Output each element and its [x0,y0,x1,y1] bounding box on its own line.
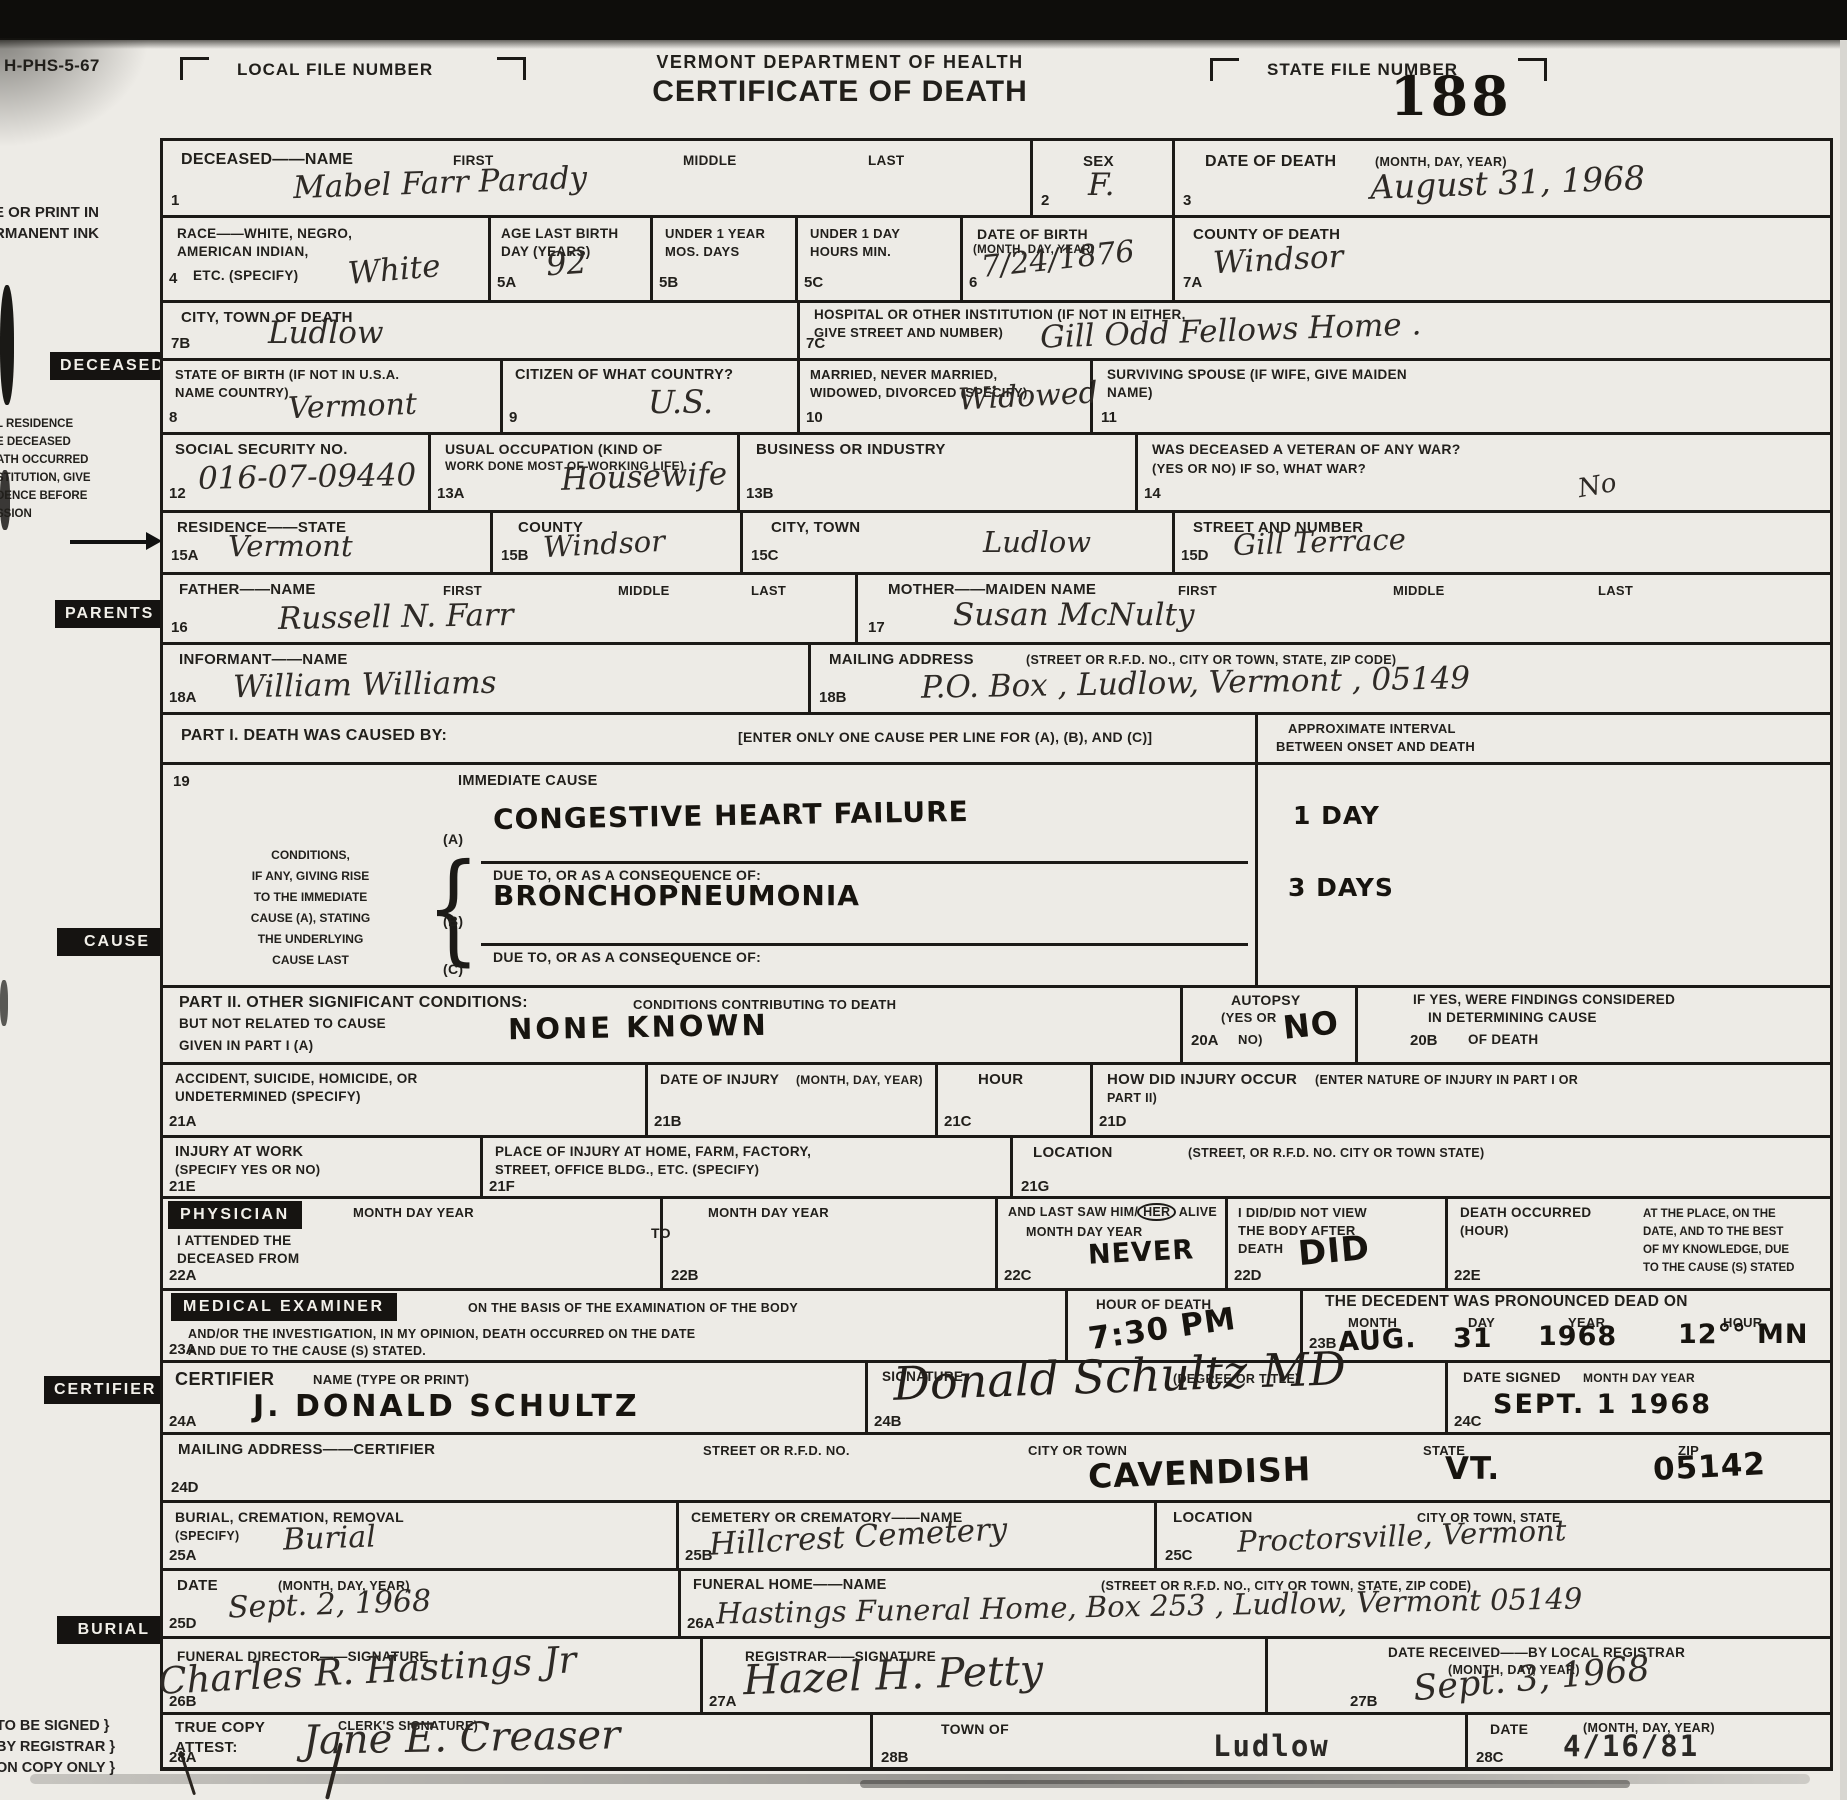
field-label: IMMEDIATE CAUSE [458,773,598,789]
field-number: 1 [171,192,179,209]
field-number: 7A [1183,274,1202,291]
field-accident-suicide: ACCIDENT, SUICIDE, HOMICIDE, OR UNDETERM… [160,1062,645,1135]
field-label: MAILING ADDRESS——CERTIFIER [178,1441,435,1458]
field-value: Burial [282,1519,376,1557]
field-label: AND LAST SAW HIM/HER ALIVE [1008,1205,1217,1219]
arrow-icon [70,540,148,544]
field-physician-attended-to: MONTH DAY YEAR TO 22B [660,1196,995,1288]
field-label: MARRIED, NEVER MARRIED, [810,367,997,382]
field-label: INJURY AT WORK [175,1144,303,1160]
field-residence-state: RESIDENCE——STATE 15A Vermont [160,510,490,572]
field-number: 22E [1454,1267,1481,1284]
pronounced-day: 31 [1453,1323,1493,1354]
corner-bracket-icon [1518,58,1547,81]
field-number: 15C [751,547,779,564]
field-autopsy: AUTOPSY (YES OR 20A NO) NO [1180,985,1355,1062]
field-label: BUSINESS OR INDUSTRY [756,441,946,458]
certifier-zip-value: 05142 [1652,1446,1767,1488]
corner-bracket-icon [497,57,526,80]
field-number: 5C [804,274,823,291]
field-value: DID [1296,1228,1371,1274]
field-state-of-birth: STATE OF BIRTH (IF NOT IN U.S.A. NAME CO… [160,358,500,432]
attestation-note: AT THE PLACE, ON THE DATE, AND TO THE BE… [1643,1205,1833,1277]
signature-value: Charles R. Hastings Jr [157,1638,577,1703]
field-label: CITIZEN OF WHAT COUNTRY? [515,367,733,383]
field-number: 19 [173,773,190,790]
conditions-note: CONDITIONS, IF ANY, GIVING RISE TO THE I… [193,845,428,971]
scan-corner-shadow [0,38,150,148]
field-number: 3 [1183,192,1191,209]
field-label: DATE [1490,1721,1528,1737]
field-label: USUAL OCCUPATION (KIND OF [445,441,663,457]
field-label: STATE OF BIRTH (IF NOT IN U.S.A. [175,367,399,382]
field-death-occurred-hour: DEATH OCCURRED (HOUR) 22E AT THE PLACE, … [1445,1196,1830,1288]
pronounced-year: 1968 [1538,1321,1617,1352]
field-value: August 31, 1968 [1369,158,1645,207]
field-number: 21B [654,1113,682,1130]
print-in-ink-note: E OR PRINT IN RMANENT INK [0,202,99,244]
field-registrar-signature: REGISTRAR——SIGNATURE 27A Hazel H. Petty [700,1636,1265,1712]
cause-a-value: CONGESTIVE HEART FAILURE [493,795,969,836]
field-sublabel: (MONTH, DAY, YEAR) [796,1073,923,1087]
column-label: MIDDLE [683,153,737,168]
interval-header: APPROXIMATE INTERVAL BETWEEN ONSET AND D… [1255,712,1830,762]
field-injury-hour: HOUR 21C [935,1062,1090,1135]
field-number: 23A [169,1341,197,1358]
field-number: 17 [868,619,885,636]
field-true-copy-date: DATE (MONTH, DAY, YEAR) 28C 4/16/81 [1465,1712,1830,1771]
field-date-received: DATE RECEIVED——BY LOCAL REGISTRAR (MONTH… [1265,1636,1830,1712]
column-label: MONTH DAY YEAR [708,1205,829,1220]
cause-b-value: BRONCHOPNEUMONIA [493,879,860,912]
field-label: ETC. (SPECIFY) [193,268,298,283]
field-pronounced-dead: THE DECEDENT WAS PRONOUNCED DEAD ON MONT… [1300,1288,1830,1360]
field-number: 25B [685,1547,713,1564]
field-label: WAS DECEASED A VETERAN OF ANY WAR? [1152,441,1461,457]
field-number: 28B [881,1749,909,1766]
field-sublabel: (ENTER NATURE OF INJURY IN PART I OR [1315,1073,1578,1087]
cause-part1-header: PART I. DEATH WAS CAUSED BY: [ENTER ONLY… [160,712,1255,762]
field-label: UNDER 1 DAY [810,226,900,241]
field-veteran: WAS DECEASED A VETERAN OF ANY WAR? (YES … [1135,432,1830,510]
field-sublabel: (STREET, OR R.F.D. NO. CITY OR TOWN STAT… [1188,1146,1484,1160]
field-value: Ludlow [983,525,1091,559]
field-number: 21A [169,1113,197,1130]
field-label: (HOUR) [1460,1223,1509,1238]
entry-line [481,861,1248,864]
field-hospital: HOSPITAL OR OTHER INSTITUTION (IF NOT IN… [797,300,1830,358]
field-label: HOW DID INJURY OCCUR [1107,1071,1297,1088]
field-value: P.O. Box , Ludlow, Vermont , 05149 [921,660,1471,706]
field-date-of-injury: DATE OF INJURY (MONTH, DAY, YEAR) 21B [645,1062,935,1135]
field-label: DATE OF DEATH [1205,153,1336,171]
field-injury-at-work: INJURY AT WORK (SPECIFY YES OR NO) 21E [160,1135,480,1196]
field-label: NAME COUNTRY) [175,385,289,400]
certifier-state-value: VT. [1445,1451,1500,1487]
field-residence-city: CITY, TOWN 15C Ludlow [740,510,1172,572]
margin-tab-parents: PARENTS [55,600,160,628]
field-value: NO [1281,1003,1341,1047]
column-label: MONTH DAY YEAR [1583,1371,1695,1385]
interval-a-value: 1 DAY [1293,801,1380,830]
field-number: 13A [437,485,465,502]
field-label: (YES OR [1221,1010,1277,1025]
field-value: 92 [545,243,588,284]
field-label: DUE TO, OR AS A CONSEQUENCE OF: [493,949,761,965]
field-number: 5B [659,274,678,291]
field-label: AND DUE TO THE CAUSE (S) STATED. [188,1344,426,1358]
field-label: I ATTENDED THE [177,1233,291,1248]
field-label: SURVIVING SPOUSE (IF WIFE, GIVE MAIDEN [1107,367,1407,382]
field-number: 21G [1021,1178,1049,1195]
field-date-of-birth: DATE OF BIRTH (MONTH, DAY, YEAR) 6 7/24/… [960,215,1172,300]
interval-b-value: 3 DAYS [1288,873,1394,902]
field-number: 2 [1041,192,1049,209]
scanned-death-certificate: H-PHS-5-67 LOCAL FILE NUMBER VERMONT DEP… [0,0,1847,1800]
field-value: White [347,248,442,292]
field-occupation: USUAL OCCUPATION (KIND OF WORK DONE MOST… [428,432,737,510]
field-physician-attended-from: PHYSICIAN MONTH DAY YEAR I ATTENDED THE … [160,1196,660,1288]
field-number: 25D [169,1615,197,1632]
margin-tab-deceased: DECEASED [50,352,160,380]
field-label: TOWN OF [941,1721,1009,1737]
field-label: GIVEN IN PART I (A) [179,1038,313,1053]
field-marital-status: MARRIED, NEVER MARRIED, WIDOWED, DIVORCE… [797,358,1090,432]
scan-bottom-streak [860,1780,1630,1788]
pronounced-hour: 12°° MN [1678,1319,1808,1350]
field-label: BETWEEN ONSET AND DEATH [1276,739,1475,754]
field-value: Windsor [1212,239,1344,282]
department-title: VERMONT DEPARTMENT OF HEALTH [620,52,1060,73]
scan-edge-blob [0,285,14,405]
field-sex: SEX 2 F. [1030,138,1172,215]
field-value: U.S. [648,383,713,421]
field-city-of-death: CITY, TOWN OF DEATH 7B Ludlow [160,300,797,358]
field-number: 12 [169,485,186,502]
registrar-copy-note: TO BE SIGNED } BY REGISTRAR } ON COPY ON… [0,1716,115,1779]
field-label: LOCATION [1173,1509,1253,1526]
field-label: UNDETERMINED (SPECIFY) [175,1089,361,1104]
scan-top-edge [0,0,1847,40]
column-label: LAST [868,153,904,168]
scan-right-edge [1840,40,1847,1800]
field-findings-considered: IF YES, WERE FINDINGS CONSIDERED IN DETE… [1355,985,1830,1062]
field-value: F. [1088,167,1115,203]
page-title: CERTIFICATE OF DEATH [620,75,1060,109]
field-cemetery-location: LOCATION CITY OR TOWN, STATE 25C Proctor… [1154,1500,1830,1568]
field-value: No [1576,468,1619,504]
field-number: 20B [1410,1032,1438,1049]
certifier-city-value: CAVENDISH [1087,1449,1312,1496]
field-label: DEATH [1238,1241,1283,1256]
field-label: FUNERAL HOME——NAME [693,1577,887,1593]
residence-instruction-note: L RESIDENCE E DECEASED ATH OCCURRED STIT… [0,415,91,523]
field-label: MOS. DAYS [665,244,739,259]
field-funeral-home: FUNERAL HOME——NAME (STREET OR R.F.D. NO.… [678,1568,1830,1636]
form-code: H-PHS-5-67 [4,56,100,76]
field-deceased-name: DECEASED——NAME FIRST MIDDLE LAST 1 Mabel… [160,138,1030,215]
field-number: 21D [1099,1113,1127,1130]
field-true-copy-attest: TRUE COPY ATTEST: CLERK'S SIGNATURE) 28A… [160,1712,870,1771]
field-value: Russell N. Farr [278,597,514,637]
field-number: 25A [169,1547,197,1564]
field-number: 22B [671,1267,699,1284]
field-last-seen-alive: AND LAST SAW HIM/HER ALIVE MONTH DAY YEA… [995,1196,1225,1288]
field-mailing-address: MAILING ADDRESS (STREET OR R.F.D. NO., C… [808,642,1830,712]
field-label: MAILING ADDRESS [829,651,974,668]
field-label: AND/OR THE INVESTIGATION, IN MY OPINION,… [188,1327,695,1341]
field-label: THE DECEDENT WAS PRONOUNCED DEAD ON [1325,1293,1688,1311]
field-label: NAME (TYPE OR PRINT) [313,1372,469,1387]
field-number: 18B [819,689,847,706]
field-number: 25C [1165,1547,1193,1564]
field-value: William Williams [233,665,497,706]
entry-line [481,943,1248,946]
column-label: MIDDLE [618,583,670,598]
corner-bracket-icon [1210,58,1239,81]
field-label: DATE OF INJURY [660,1071,779,1087]
field-number: 28A [169,1749,197,1766]
field-label: DATE [177,1577,218,1594]
field-label: RACE——WHITE, NEGRO, [177,226,352,241]
field-label: DATE SIGNED [1463,1369,1561,1385]
field-label: I DID/DID NOT VIEW [1238,1205,1367,1220]
field-label: HOUR [978,1071,1023,1088]
field-label: BUT NOT RELATED TO CAUSE [179,1016,386,1031]
field-surviving-spouse: SURVIVING SPOUSE (IF WIFE, GIVE MAIDEN N… [1090,358,1830,432]
field-label: APPROXIMATE INTERVAL [1288,721,1456,736]
field-label: MOTHER——MAIDEN NAME [888,581,1096,598]
field-certifier-mailing-address: MAILING ADDRESS——CERTIFIER STREET OR R.F… [160,1432,1830,1500]
physician-section-tab: PHYSICIAN [168,1201,302,1229]
field-county-of-death: COUNTY OF DEATH 7A Windsor [1172,215,1830,300]
field-number: 11 [1101,409,1117,426]
field-injury-location: LOCATION (STREET, OR R.F.D. NO. CITY OR … [1010,1135,1830,1196]
field-value: SEPT. 1 1968 [1493,1389,1712,1420]
field-cemetery: CEMETERY OR CREMATORY——NAME 25B Hillcres… [676,1500,1154,1568]
instruction-label: [ENTER ONLY ONE CAUSE PER LINE FOR (A), … [738,729,1152,745]
field-place-of-injury: PLACE OF INJURY AT HOME, FARM, FACTORY, … [480,1135,1010,1196]
pronounced-month: AUG. [1337,1323,1417,1358]
field-funeral-director-signature: FUNERAL DIRECTOR——SIGNATURE 26B Charles … [160,1636,700,1712]
column-label: FIRST [1178,583,1217,598]
line-tag: (B) [443,913,463,929]
field-label: DECEASED FROM [177,1251,299,1266]
field-value: Ludlow [268,315,384,351]
field-value: J. DONALD SCHULTZ [253,1389,640,1424]
field-label: TRUE COPY [175,1719,265,1736]
field-viewed-body: I DID/DID NOT VIEW THE BODY AFTER DEATH … [1225,1196,1445,1288]
field-number: 10 [806,409,823,426]
field-under-1-year: UNDER 1 YEAR MOS. DAYS 5B [650,215,795,300]
field-number: 26A [687,1615,715,1632]
field-cause-of-death: 19 IMMEDIATE CAUSE (A) CONGESTIVE HEART … [160,762,1255,985]
corner-bracket-icon [180,57,209,80]
field-sublabel: (SPECIFY) [175,1529,240,1543]
field-other-conditions: PART II. OTHER SIGNIFICANT CONDITIONS: C… [160,985,1180,1062]
field-number: 6 [969,274,977,291]
margin-tab-burial: BURIAL [57,1616,160,1644]
column-label: FIRST [443,583,482,598]
field-value: 016-07-09440 [198,457,417,497]
field-date-signed: DATE SIGNED MONTH DAY YEAR 24C SEPT. 1 1… [1445,1360,1830,1432]
field-label: AGE LAST BIRTH [501,226,618,241]
field-label: CITY, TOWN [771,519,860,536]
field-race: RACE——WHITE, NEGRO, AMERICAN INDIAN, 4 E… [160,215,488,300]
field-value: Proctorsville, Vermont [1237,1513,1567,1558]
field-label: (SPECIFY YES OR NO) [175,1162,320,1177]
scan-edge-blob [0,980,8,1026]
field-value: Ludlow [1213,1729,1330,1763]
field-burial-type: BURIAL, CREMATION, REMOVAL (SPECIFY) 25A… [160,1500,676,1568]
field-number: 22D [1234,1267,1262,1284]
field-value: Gill Terrace [1232,522,1406,562]
field-number: 5A [497,274,516,291]
interval-values: 1 DAY 3 DAYS [1255,762,1830,985]
field-how-injury-occurred: HOW DID INJURY OCCUR (ENTER NATURE OF IN… [1090,1062,1830,1135]
field-number: 8 [169,409,177,426]
field-label: LOCATION [1033,1144,1113,1161]
field-number: 7B [171,335,190,352]
field-number: 18A [169,689,197,706]
field-number: 15D [1181,547,1209,564]
column-label: LAST [751,583,786,598]
field-number: 16 [171,619,188,636]
margin-tab-certifier: CERTIFIER [44,1376,160,1404]
field-number: 27B [1350,1693,1378,1710]
field-number: 28C [1476,1749,1504,1766]
field-residence-street: STREET AND NUMBER 15D Gill Terrace [1172,510,1830,572]
field-number: 21C [944,1113,972,1130]
column-label: STREET OR R.F.D. NO. [703,1443,850,1458]
title-block: VERMONT DEPARTMENT OF HEALTH CERTIFICATE… [620,52,1060,109]
field-label: ACCIDENT, SUICIDE, HOMICIDE, OR [175,1071,418,1086]
field-number: 7C [806,335,825,352]
field-informant: INFORMANT——NAME 18A William Williams [160,642,808,712]
field-label: HOURS MIN. [810,244,891,259]
field-label: ON THE BASIS OF THE EXAMINATION OF THE B… [468,1301,798,1315]
to-label: TO [651,1225,671,1241]
field-value: Vermont [228,529,353,563]
field-number: 13B [746,485,774,502]
field-number: 14 [1144,485,1161,502]
field-label: STREET, OFFICE BLDG., ETC. (SPECIFY) [495,1162,759,1177]
field-label: (YES OR NO) IF SO, WHAT WAR? [1152,461,1366,476]
margin-tab-cause: CAUSE [57,928,160,956]
signature-value: Hazel H. Petty [742,1646,1044,1704]
field-number: 24C [1454,1413,1482,1430]
field-mother-name: MOTHER——MAIDEN NAME FIRST MIDDLE LAST 17… [855,572,1830,642]
field-number: 21E [169,1178,196,1195]
field-number: 24B [874,1413,902,1430]
field-medical-examiner-statement: MEDICAL EXAMINER ON THE BASIS OF THE EXA… [160,1288,1065,1360]
field-label: FATHER——NAME [179,581,316,598]
field-label: DEATH OCCURRED [1460,1205,1591,1220]
field-value: Housewife [560,456,727,498]
field-value: NONE KNOWN [508,1008,769,1047]
field-sublabel: PART II) [1107,1091,1157,1105]
field-label: NO) [1238,1032,1263,1047]
field-label: OF DEATH [1468,1032,1538,1047]
field-certifier-name: CERTIFIER NAME (TYPE OR PRINT) J. DONALD… [160,1360,865,1432]
field-value: Windsor [542,524,666,564]
field-value: 4/16/81 [1563,1729,1699,1763]
line-tag: (C) [443,961,463,977]
field-label: PLACE OF INJURY AT HOME, FARM, FACTORY, [495,1144,811,1159]
field-value: Susan McNulty [953,597,1195,633]
field-number: 15B [501,547,529,564]
field-citizen: CITIZEN OF WHAT COUNTRY? 9 U.S. [500,358,797,432]
field-number: 15A [171,547,199,564]
field-under-1-day: UNDER 1 DAY HOURS MIN. 5C [795,215,960,300]
circled-her: HER [1137,1203,1176,1221]
section-label: CERTIFIER [175,1369,275,1390]
field-value: Widowed [957,375,1098,417]
field-number: 22A [169,1267,197,1284]
section-label: PART II. OTHER SIGNIFICANT CONDITIONS: [179,994,528,1012]
column-label: MIDDLE [1393,583,1445,598]
field-number: 21F [489,1178,515,1195]
field-label: UNDER 1 YEAR [665,226,765,241]
field-label: NAME) [1107,385,1153,400]
field-number: 9 [509,409,517,426]
field-business: BUSINESS OR INDUSTRY 13B [737,432,1135,510]
field-label: INFORMANT——NAME [179,651,348,668]
field-label: AMERICAN INDIAN, [177,244,309,259]
field-number: 27A [709,1693,737,1710]
field-label: SOCIAL SECURITY NO. [175,441,348,458]
field-ssn: SOCIAL SECURITY NO. 12 016-07-09440 [160,432,428,510]
field-age: AGE LAST BIRTH DAY (YEARS) 5A 92 [488,215,650,300]
field-number: 24D [171,1479,199,1496]
state-file-number: 188 [1390,64,1512,128]
field-label: DECEASED——NAME [181,151,353,169]
field-value: Sept. 2, 1968 [227,1583,431,1625]
field-value: NEVER [1087,1234,1195,1271]
local-file-number-label: LOCAL FILE NUMBER [237,60,433,80]
brace-glyph: { [426,849,479,969]
field-label: GIVE STREET AND NUMBER) [814,325,1003,340]
field-father-name: FATHER——NAME FIRST MIDDLE LAST 16 Russel… [160,572,855,642]
field-number: 4 [169,270,177,287]
field-label: IF YES, WERE FINDINGS CONSIDERED [1413,992,1675,1007]
field-date-of-death: DATE OF DEATH (MONTH, DAY, YEAR) 3 Augus… [1172,138,1830,215]
certificate-form: DECEASED——NAME FIRST MIDDLE LAST 1 Mabel… [160,138,1833,1771]
field-certifier-signature: SIGNATURE (DEGREE OR TITLE) Donald Schul… [865,1360,1445,1432]
field-town-of: TOWN OF 28B Ludlow [870,1712,1465,1771]
signature-value: Jane E. Creaser [303,1712,621,1764]
field-label: IN DETERMINING CAUSE [1428,1010,1597,1025]
field-number: 20A [1191,1032,1219,1049]
field-burial-date: DATE (MONTH, DAY, YEAR) 25D Sept. 2, 196… [160,1568,678,1636]
column-label: MONTH DAY YEAR [353,1205,474,1220]
field-number: 24A [169,1413,197,1430]
medical-examiner-section-tab: MEDICAL EXAMINER [171,1293,397,1321]
field-label: AUTOPSY [1231,992,1301,1008]
field-value: Vermont [287,387,417,426]
field-residence-county: COUNTY 15B Windsor [490,510,740,572]
scan-top-smear [0,40,1847,49]
field-number: 22C [1004,1267,1032,1284]
column-label: LAST [1598,583,1633,598]
section-label: PART I. DEATH WAS CAUSED BY: [181,727,447,745]
